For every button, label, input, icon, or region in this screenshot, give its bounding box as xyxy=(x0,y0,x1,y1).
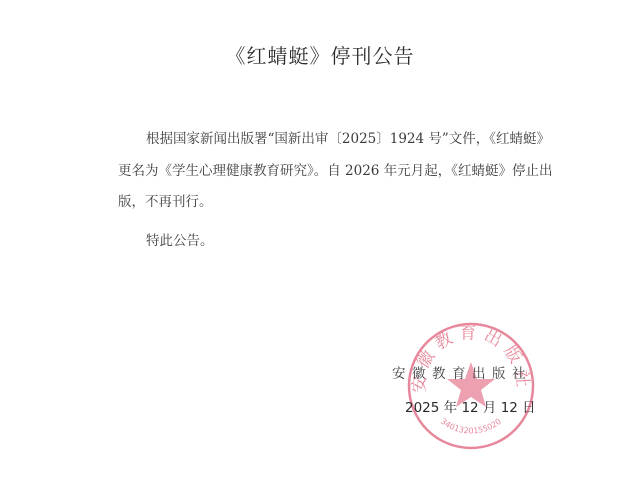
document-title: 《红蜻蜓》停刊公告 xyxy=(0,40,640,69)
signer-name: 安徽教育出版社 xyxy=(392,362,532,382)
official-seal: 安徽教育出版社 3401320155020 xyxy=(405,320,537,452)
closing-paragraph: 特此公告。 xyxy=(146,226,582,258)
svg-text:3401320155020: 3401320155020 xyxy=(439,417,503,436)
issue-date: 2025 年 12 月 12 日 xyxy=(405,396,536,416)
seal-code: 3401320155020 xyxy=(439,417,503,436)
body-paragraph: 根据国家新闻出版署“国新出审〔2025〕1924 号”文件，《红蜻蜓》更名为《学… xyxy=(118,124,554,219)
